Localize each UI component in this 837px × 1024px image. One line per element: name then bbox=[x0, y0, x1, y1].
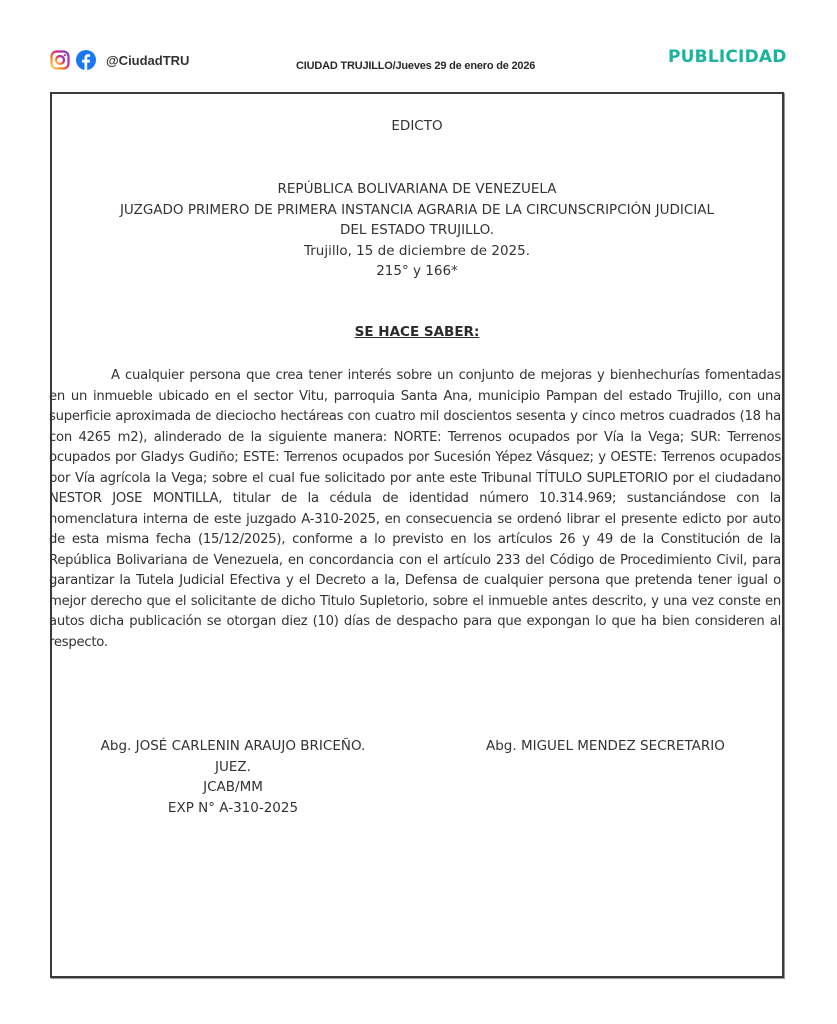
section-label: PUBLICIDAD bbox=[668, 47, 787, 67]
judge-title: JUEZ. bbox=[78, 757, 388, 778]
initials: JCAB/MM bbox=[78, 777, 388, 798]
dateline: CIUDAD TRUJILLO/Jueves 29 de enero de 20… bbox=[296, 60, 535, 72]
instagram-icon[interactable] bbox=[50, 50, 70, 70]
page-header: @CiudadTRU CIUDAD TRUJILLO/Jueves 29 de … bbox=[0, 0, 837, 90]
heading-line-date: Trujillo, 15 de diciembre de 2025. bbox=[52, 241, 782, 262]
heading-line-state: DEL ESTADO TRUJILLO. bbox=[52, 220, 782, 241]
judge-signature: Abg. JOSÉ CARLENIN ARAUJO BRICEÑO. JUEZ.… bbox=[78, 736, 388, 818]
case-number: EXP N° A-310-2025 bbox=[78, 798, 388, 819]
heading-line-years: 215° y 166* bbox=[52, 261, 782, 282]
edict-body: A cualquier persona que crea tener inter… bbox=[49, 366, 781, 653]
secretary-signature: Abg. MIGUEL MENDEZ SECRETARIO bbox=[486, 736, 725, 757]
heading-line-court: JUZGADO PRIMERO DE PRIMERA INSTANCIA AGR… bbox=[52, 200, 782, 221]
heading-line-country: REPÚBLICA BOLIVARIANA DE VENEZUELA bbox=[52, 179, 782, 200]
court-heading: REPÚBLICA BOLIVARIANA DE VENEZUELA JUZGA… bbox=[52, 179, 782, 282]
judge-name: Abg. JOSÉ CARLENIN ARAUJO BRICEÑO. bbox=[78, 736, 388, 757]
edict-frame: EDICTO REPÚBLICA BOLIVARIANA DE VENEZUEL… bbox=[50, 92, 784, 978]
notice-label: SE HACE SABER: bbox=[52, 324, 782, 340]
social-links: @CiudadTRU bbox=[50, 50, 189, 70]
edict-title: EDICTO bbox=[52, 118, 782, 134]
facebook-icon[interactable] bbox=[76, 50, 96, 70]
social-handle[interactable]: @CiudadTRU bbox=[106, 53, 189, 68]
